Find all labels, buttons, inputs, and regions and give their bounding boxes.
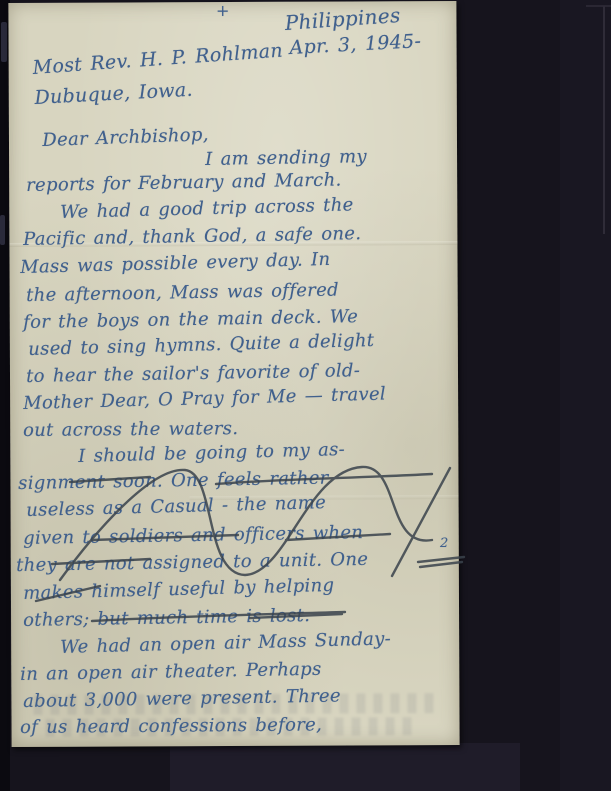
superscript-note: 2 [440, 536, 449, 551]
scan-edge-artifact [1, 22, 7, 62]
cross-mark: + [216, 1, 230, 20]
scan-background-bottom-band [170, 743, 520, 791]
scanned-letter-view: + Philippines Apr. 3, 1945- Most Rev. H.… [0, 0, 611, 791]
scan-edge-line [586, 5, 611, 7]
letter-line: out across the waters. [23, 418, 238, 441]
letter-line: of us heard confessions before, [20, 714, 322, 738]
scan-edge-artifact [0, 215, 5, 245]
letter-line: I am sending my [205, 146, 367, 170]
scan-edge-line [603, 6, 605, 234]
